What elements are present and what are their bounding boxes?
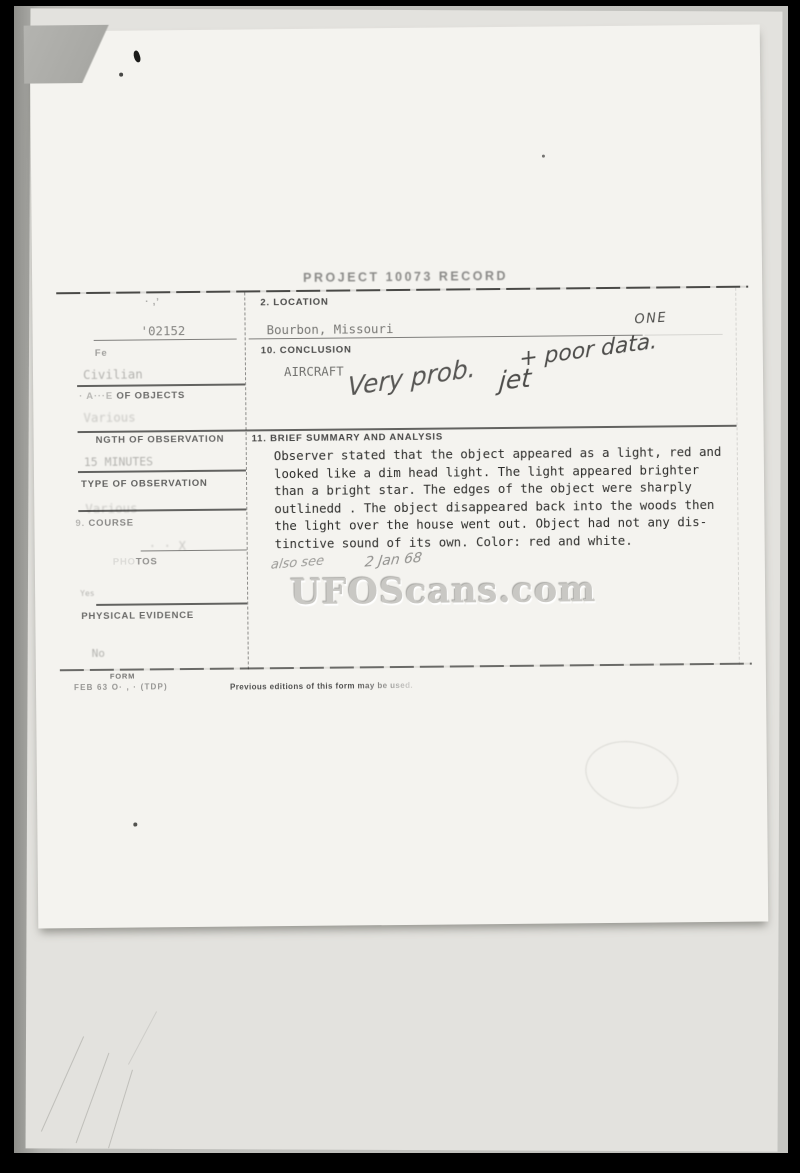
course-label: 9. COURSE [75, 518, 134, 530]
faint-stain-ring [579, 733, 684, 816]
case-number-value: '02152 [141, 323, 186, 338]
conclusion-label: 10. CONCLUSION [261, 344, 352, 356]
header-rule [56, 286, 748, 295]
column-divider [244, 292, 249, 669]
conclusion-value: AIRCRAFT [284, 364, 344, 380]
summary-label: 11. BRIEF SUMMARY AND ANALYSIS [252, 432, 443, 445]
evidence-value: No [92, 647, 105, 660]
footer-note: Previous editions of this form may be us… [230, 681, 413, 692]
form-page: PROJECT 10073 RECORD · ,ʼ 2. LOCATION '0… [30, 25, 769, 929]
footer-form-code: FEB 63 O· , · (TDP) [74, 682, 168, 692]
location-label: 2. LOCATION [260, 297, 328, 309]
smudge-text: · ,ʼ [145, 296, 159, 307]
objects-label-prefix: · A···E [79, 391, 113, 402]
type-label: TYPE OF OBSERVATION [81, 478, 208, 490]
ink-speck [133, 823, 137, 827]
bottom-rule [60, 663, 752, 672]
handwritten-see-date: 2 Jan 68 [364, 550, 423, 571]
course-label-prefix: 9. [75, 518, 85, 529]
objects-label-text: OF OBJECTS [116, 390, 185, 402]
ink-speck [119, 73, 123, 77]
watermark-text: UFOScans.com [290, 569, 597, 613]
summary-line: tinctive sound of its own. Color: red an… [275, 531, 743, 553]
document-scan: PROJECT 10073 RECORD · ,ʼ 2. LOCATION '0… [0, 0, 800, 1173]
summary-text: Observer stated that the object appeared… [274, 443, 743, 553]
course-underline [141, 549, 247, 551]
photos-value: Yes [80, 589, 95, 598]
handwritten-count: ONE [634, 311, 668, 328]
case-number-underline [94, 339, 237, 341]
source-label-fragment: Fe [95, 348, 108, 359]
photos-label-faint: PHO [113, 557, 136, 568]
handwritten-very-prob: Very prob. [347, 353, 476, 402]
photos-label: PHOTOS [113, 556, 158, 567]
handwritten-jet: jet [498, 363, 532, 395]
page-corner-shadow [24, 24, 185, 84]
ink-speck [542, 155, 545, 158]
length-label: NGTH OF OBSERVATION [96, 434, 225, 446]
evidence-label: PHYSICAL EVIDENCE [81, 610, 194, 622]
left-separator [78, 469, 246, 472]
photos-label-text: TOS [136, 556, 158, 567]
footer-form-word: FORM [110, 672, 135, 681]
left-separator [77, 383, 245, 386]
left-separator [96, 602, 247, 605]
objects-value: Various [83, 410, 135, 426]
location-value: Bourbon, Missouri [267, 321, 394, 337]
type-value: Various [85, 501, 137, 517]
handwritten-also-see: also see [270, 554, 325, 573]
form-title: PROJECT 10073 RECORD [76, 267, 735, 287]
left-separator [78, 508, 246, 511]
course-label-text: COURSE [88, 518, 134, 529]
objects-label: · A···E OF OBJECTS [79, 390, 185, 402]
source-value: Civilian [83, 366, 143, 382]
length-value: 15 MINUTES [84, 454, 153, 469]
